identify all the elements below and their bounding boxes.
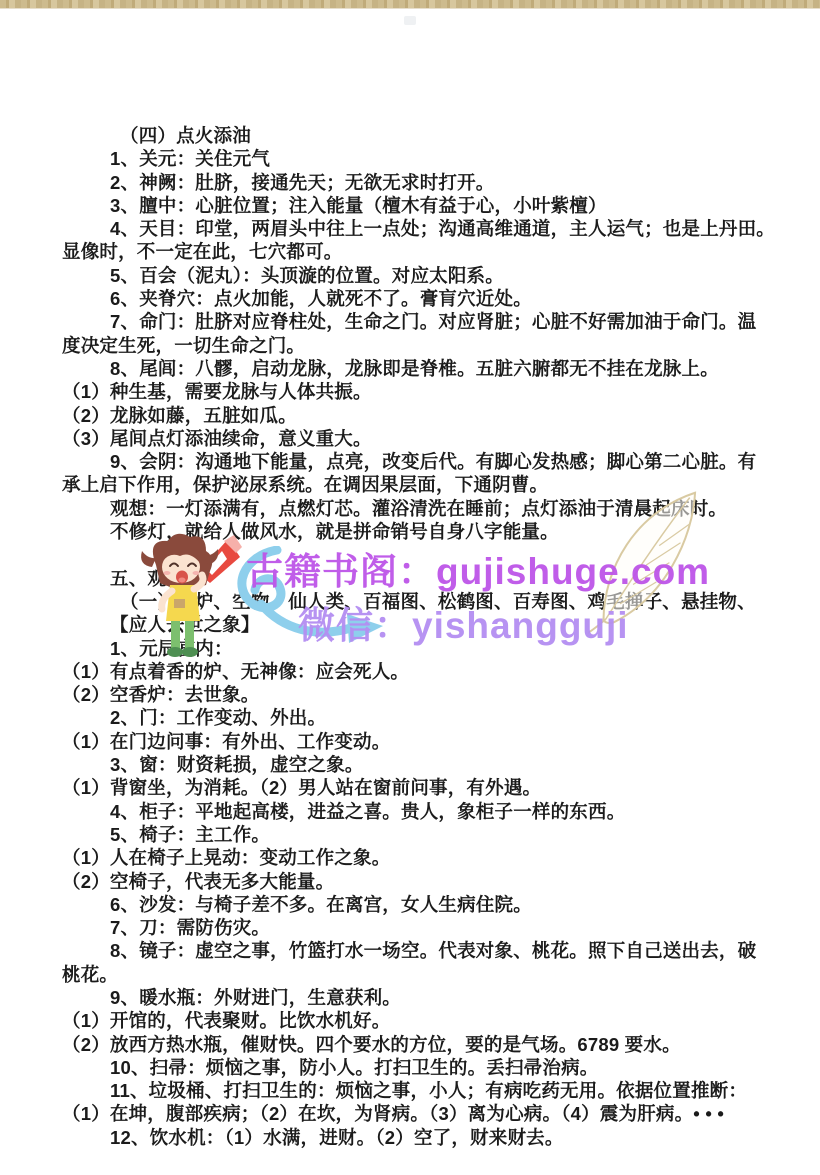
text-line: 7、命门：肚脐对应脊柱处，生命之门。对应肾脏；心脏不好需加油于命门。温 [62,310,768,333]
text-line: 2、门：工作变动、外出。 [62,706,768,729]
text-line: （1）在坤，腹部疾病；（2）在坎，为肾病。（3）离为心病。（4）震为肝病。• •… [62,1102,768,1125]
text-line: 4、天目：印堂，两眉头中往上一点处；沟通高维通道，主人运气；也是上丹田。 [62,217,768,240]
text-line: 5、百会（泥丸）：头顶漩的位置。对应太阳系。 [62,264,768,287]
text-line: 10、扫帚：烦恼之事，防小人。打扫卫生的。丢扫帚治病。 [62,1056,768,1079]
text-line: （3）尾间点灯添油续命，意义重大。 [62,427,768,450]
text-line: （2）龙脉如藤，五脏如瓜。 [62,404,768,427]
text-line: 2、神阙：肚脐，接通先天；无欲无求时打开。 [62,171,768,194]
text-line: （1）开馆的，代表聚财。比饮水机好。 [62,1009,768,1032]
text-line: 6、夹脊穴：点火加能，人就死不了。膏肓穴近处。 [62,287,768,310]
text-line: （四）点火添油 [62,124,768,147]
text-line: 6、沙发：与椅子差不多。在离宫，女人生病住院。 [62,893,768,916]
text-line: 12、饮水机：（1）水满，进财。（2）空了，财来财去。 [62,1126,768,1149]
text-line: （2）空椅子，代表无多大能量。 [62,870,768,893]
text-line: 桃花。 [62,963,768,986]
text-line: （2）放西方热水瓶，催财快。四个要水的方位，要的是气场。6789 要水。 [62,1033,768,1056]
text-line: 5、椅子：主工作。 [62,823,768,846]
text-line: 度决定生死，一切生命之门。 [62,334,768,357]
text-line: 3、窗：财资耗损，虚空之象。 [62,753,768,776]
watermark-wechat: 微信：yishangguji [298,595,629,649]
text-line: （1）种生基，需要龙脉与人体共振。 [62,380,768,403]
watermark-site: 古籍书阁：gujishuge.com [246,541,710,595]
text-line: （1）人在椅子上晃动：变动工作之象。 [62,846,768,869]
text-line: （1）背窗坐，为消耗。（2）男人站在窗前问事，有外遇。 [62,776,768,799]
text-line: （2）空香炉：去世象。 [62,683,768,706]
text-line: 11、垃圾桶、打扫卫生的：烦恼之事，小人；有病吃药无用。依据位置推断： [62,1079,768,1102]
text-line: 8、镜子：虚空之事，竹篮打水一场空。代表对象、桃花。照下自己送出去，破 [62,939,768,962]
scanned-book-edge [0,0,820,9]
text-line: 显像时，不一定在此，七穴都可。 [62,240,768,263]
text-line: 9、暖水瓶：外财进门，生意获利。 [62,986,768,1009]
girl-with-megaphone-icon [136,531,251,666]
text-line: （1）在门边问事：有外出、工作变动。 [62,730,768,753]
text-line: 8、尾闾：八髎，启动龙脉，龙脉即是脊椎。五脏六腑都无不挂在龙脉上。 [62,357,768,380]
text-line: 3、膻中：心脏位置；注入能量（檀木有益于心，小叶紫檀） [62,194,768,217]
text-line: 4、柜子：平地起高楼，进益之喜。贵人，象柜子一样的东西。 [62,800,768,823]
text-line: 1、关元：关住元气 [62,147,768,170]
scan-artifact [404,16,416,25]
text-line: 7、刀：需防伤灾。 [62,916,768,939]
page: { "page": { "background_color": "#ffffff… [0,0,820,1175]
text-line: 9、会阴：沟通地下能量，点亮，改变后代。有脚心发热感；脚心第二心脏。有 [62,450,768,473]
